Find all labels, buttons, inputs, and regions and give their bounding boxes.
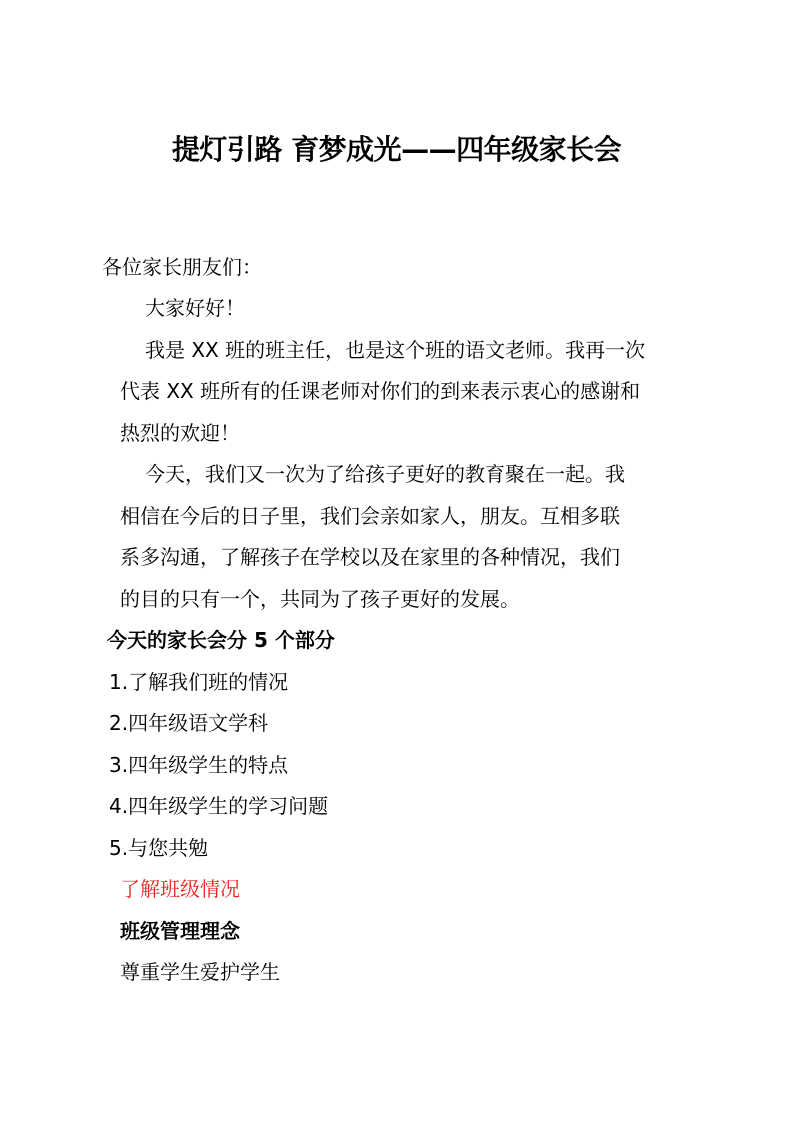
paragraph1-line2: 代表 XX 班所有的任课老师对你们的到来表示衷心的感谢和 (120, 377, 640, 405)
agenda-item-5: 5.与您共勉 (109, 834, 208, 862)
agenda-item-4: 4.四年级学生的学习问题 (109, 792, 328, 820)
document-title: 提灯引路 育梦成光——四年级家长会 (0, 128, 793, 172)
agenda-item-2: 2.四年级语文学科 (109, 709, 268, 737)
section-heading: 了解班级情况 (120, 875, 240, 903)
greeting: 大家好好！ (145, 294, 245, 322)
paragraph2-line2: 相信在今后的日子里，我们会亲如家人，朋友。互相多联 (120, 502, 620, 530)
paragraph2-line3: 系多沟通，了解孩子在学校以及在家里的各种情况，我们 (120, 543, 620, 571)
agenda-item-1: 1.了解我们班的情况 (109, 668, 288, 696)
paragraph1-line3: 热烈的欢迎！ (120, 419, 240, 447)
section-subheading: 班级管理理念 (120, 917, 240, 945)
agenda-item-3: 3.四年级学生的特点 (109, 751, 288, 779)
paragraph2-line1: 今天，我们又一次为了给孩子更好的教育聚在一起。我 (145, 460, 625, 488)
salutation: 各位家长朋友们： (102, 253, 262, 281)
paragraph1-line1: 我是 XX 班的班主任，也是这个班的语文老师。我再一次 (145, 336, 645, 364)
paragraph2-line4: 的目的只有一个，共同为了孩子更好的发展。 (120, 585, 520, 613)
section-body: 尊重学生爱护学生 (120, 958, 280, 986)
document-page: 提灯引路 育梦成光——四年级家长会 各位家长朋友们： 大家好好！ 我是 XX 班… (0, 0, 793, 1122)
agenda-heading: 今天的家长会分 5 个部分 (107, 626, 335, 654)
